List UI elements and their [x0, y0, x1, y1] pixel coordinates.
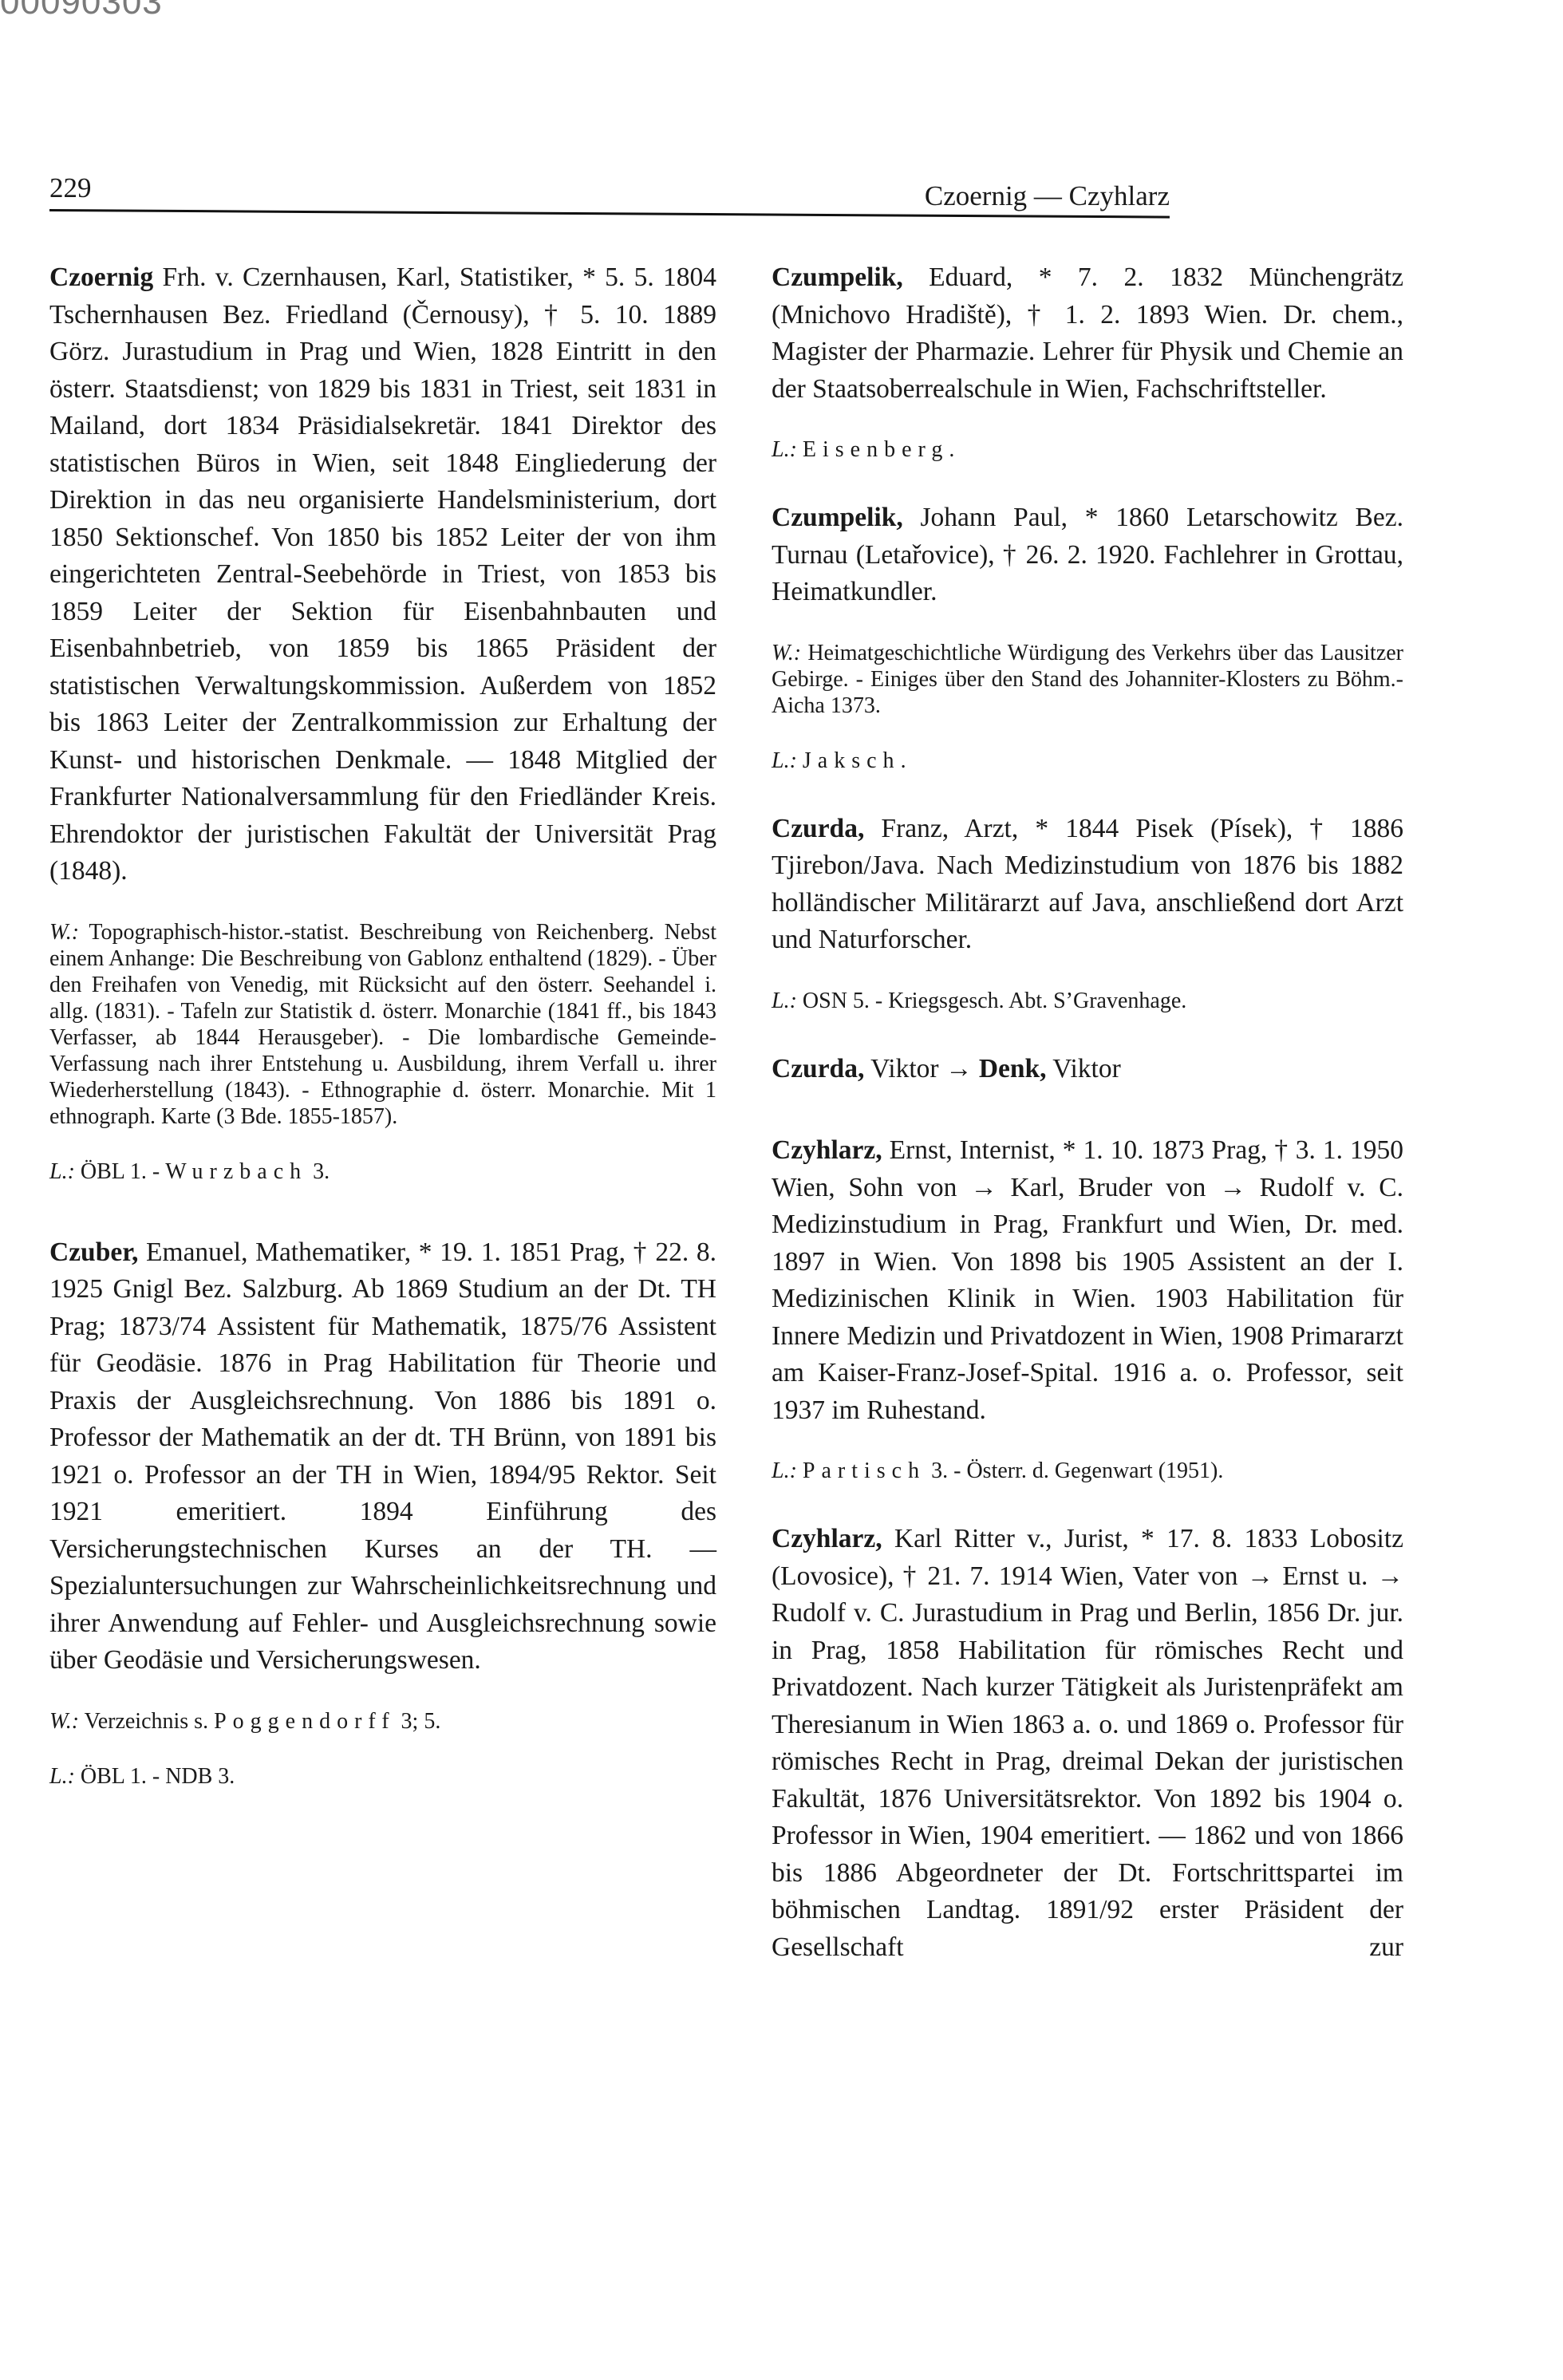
- scan-id-stamp: 00090303: [0, 0, 163, 22]
- lit-author: Jaksch: [803, 748, 901, 773]
- entry-czurda-viktor-crossref: Czurda, Viktor → Denk, Viktor: [772, 1051, 1403, 1088]
- literature: L.: Eisenberg.: [772, 436, 1403, 463]
- entry-czurda-franz: Czurda, Franz, Arzt, * 1844 Pisek (Písek…: [772, 811, 1403, 1014]
- entry-body: Czyhlarz, Ernst, Internist, * 1. 10. 187…: [772, 1132, 1403, 1429]
- lemma: Czurda,: [772, 1054, 864, 1083]
- works-text: Verzeichnis s.: [79, 1709, 214, 1734]
- entry-body: Czumpelik, Johann Paul, * 1860 Letarscho…: [772, 499, 1403, 611]
- lit-label: L.:: [772, 748, 797, 773]
- page-number: 229: [49, 172, 92, 204]
- literature: L.: Jaksch.: [772, 748, 1403, 774]
- entry-body: Czumpelik, Eduard, * 7. 2. 1832 Müncheng…: [772, 259, 1403, 408]
- running-title: Czoernig — Czyhlarz: [925, 180, 1170, 212]
- works-label: W.:: [772, 641, 801, 665]
- lit-author: Eisenberg: [803, 437, 949, 462]
- lit-text-end: 3.: [307, 1159, 330, 1184]
- left-column: Czoernig Frh. v. Czernhausen, Karl, Stat…: [49, 259, 716, 1826]
- arrow-right-icon: →: [945, 1054, 973, 1083]
- literature: L.: OSN 5. - Kriegsgesch. Abt. S’Gravenh…: [772, 988, 1403, 1014]
- entry-text: Franz, Arzt, * 1844 Pisek (Písek), † 188…: [772, 814, 1403, 955]
- lit-text: ÖBL 1. -: [75, 1159, 165, 1184]
- entry-czyhlarz-karl: Czyhlarz, Karl Ritter v., Jurist, * 17. …: [772, 1521, 1403, 1966]
- entry-body: Czurda, Franz, Arzt, * 1844 Pisek (Písek…: [772, 811, 1403, 959]
- entry-czyhlarz-ernst: Czyhlarz, Ernst, Internist, * 1. 10. 187…: [772, 1132, 1403, 1484]
- works-text: Topographisch-histor.-statist. Beschreib…: [49, 920, 716, 1129]
- lit-author: Partisch: [803, 1458, 926, 1483]
- lit-label: L.:: [772, 437, 797, 462]
- lit-text-end: 3. - Österr. d. Gegenwart (1951).: [926, 1458, 1223, 1483]
- entry-text: Emanuel, Mathematiker, * 19. 1. 1851 Pra…: [49, 1237, 716, 1675]
- lit-label: L.:: [772, 989, 797, 1013]
- works-label: W.:: [49, 1709, 79, 1734]
- lemma: Czuber,: [49, 1237, 138, 1267]
- lemma: Czurda,: [772, 814, 864, 843]
- entry-czumpelik-johann: Czumpelik, Johann Paul, * 1860 Letarscho…: [772, 499, 1403, 774]
- literature: L.: Partisch 3. - Österr. d. Gegenwart (…: [772, 1458, 1403, 1484]
- works-list: W.: Topographisch-histor.-statist. Besch…: [49, 919, 716, 1130]
- lit-text-end: .: [949, 437, 954, 462]
- crossref-target[interactable]: Denk,: [979, 1054, 1047, 1083]
- entry-czoernig: Czoernig Frh. v. Czernhausen, Karl, Stat…: [49, 259, 716, 1185]
- literature: L.: ÖBL 1. - Wurzbach 3.: [49, 1158, 716, 1185]
- entry-text: Ernst, Internist, * 1. 10. 1873 Prag, † …: [772, 1135, 1403, 1425]
- works-list: W.: Heimatgeschichtliche Würdigung des V…: [772, 640, 1403, 719]
- lit-label: L.:: [49, 1159, 75, 1184]
- entry-text: Viktor: [864, 1054, 945, 1083]
- works-label: W.:: [49, 920, 79, 945]
- literature: L.: ÖBL 1. - NDB 3.: [49, 1763, 716, 1790]
- entry-body: Czurda, Viktor → Denk, Viktor: [772, 1051, 1403, 1088]
- lit-text: ÖBL 1. - NDB 3.: [75, 1764, 235, 1789]
- works-text-end: 3; 5.: [396, 1709, 441, 1734]
- lemma: Czumpelik,: [772, 262, 903, 292]
- lit-label: L.:: [772, 1458, 797, 1483]
- entry-text: Frh. v. Czernhausen, Karl, Statistiker, …: [49, 262, 716, 886]
- works-list: W.: Verzeichnis s. Poggendorff 3; 5.: [49, 1708, 716, 1735]
- lit-text: OSN 5. - Kriegsgesch. Abt. S’Gravenhage.: [797, 989, 1186, 1013]
- entry-body: Czoernig Frh. v. Czernhausen, Karl, Stat…: [49, 259, 716, 890]
- lemma: Czumpelik,: [772, 503, 903, 532]
- lit-author: Wurzbach: [165, 1159, 307, 1184]
- lemma: Czyhlarz,: [772, 1524, 882, 1553]
- lit-label: L.:: [49, 1764, 75, 1789]
- entry-body: Czyhlarz, Karl Ritter v., Jurist, * 17. …: [772, 1521, 1403, 1966]
- lit-text-end: .: [901, 748, 906, 773]
- works-author: Poggendorff: [214, 1709, 395, 1734]
- entry-body: Czuber, Emanuel, Mathematiker, * 19. 1. …: [49, 1234, 716, 1679]
- entry-text: Karl Ritter v., Jurist, * 17. 8. 1833 Lo…: [772, 1524, 1403, 1962]
- crossref-target-rest: Viktor: [1047, 1054, 1121, 1083]
- lemma: Czoernig: [49, 262, 153, 292]
- works-text: Heimatgeschichtliche Würdigung des Verke…: [772, 641, 1403, 718]
- lemma: Czyhlarz,: [772, 1135, 882, 1165]
- entry-czuber: Czuber, Emanuel, Mathematiker, * 19. 1. …: [49, 1234, 716, 1790]
- right-column: Czumpelik, Eduard, * 7. 2. 1832 Müncheng…: [772, 259, 1403, 2003]
- entry-czumpelik-eduard: Czumpelik, Eduard, * 7. 2. 1832 Müncheng…: [772, 259, 1403, 463]
